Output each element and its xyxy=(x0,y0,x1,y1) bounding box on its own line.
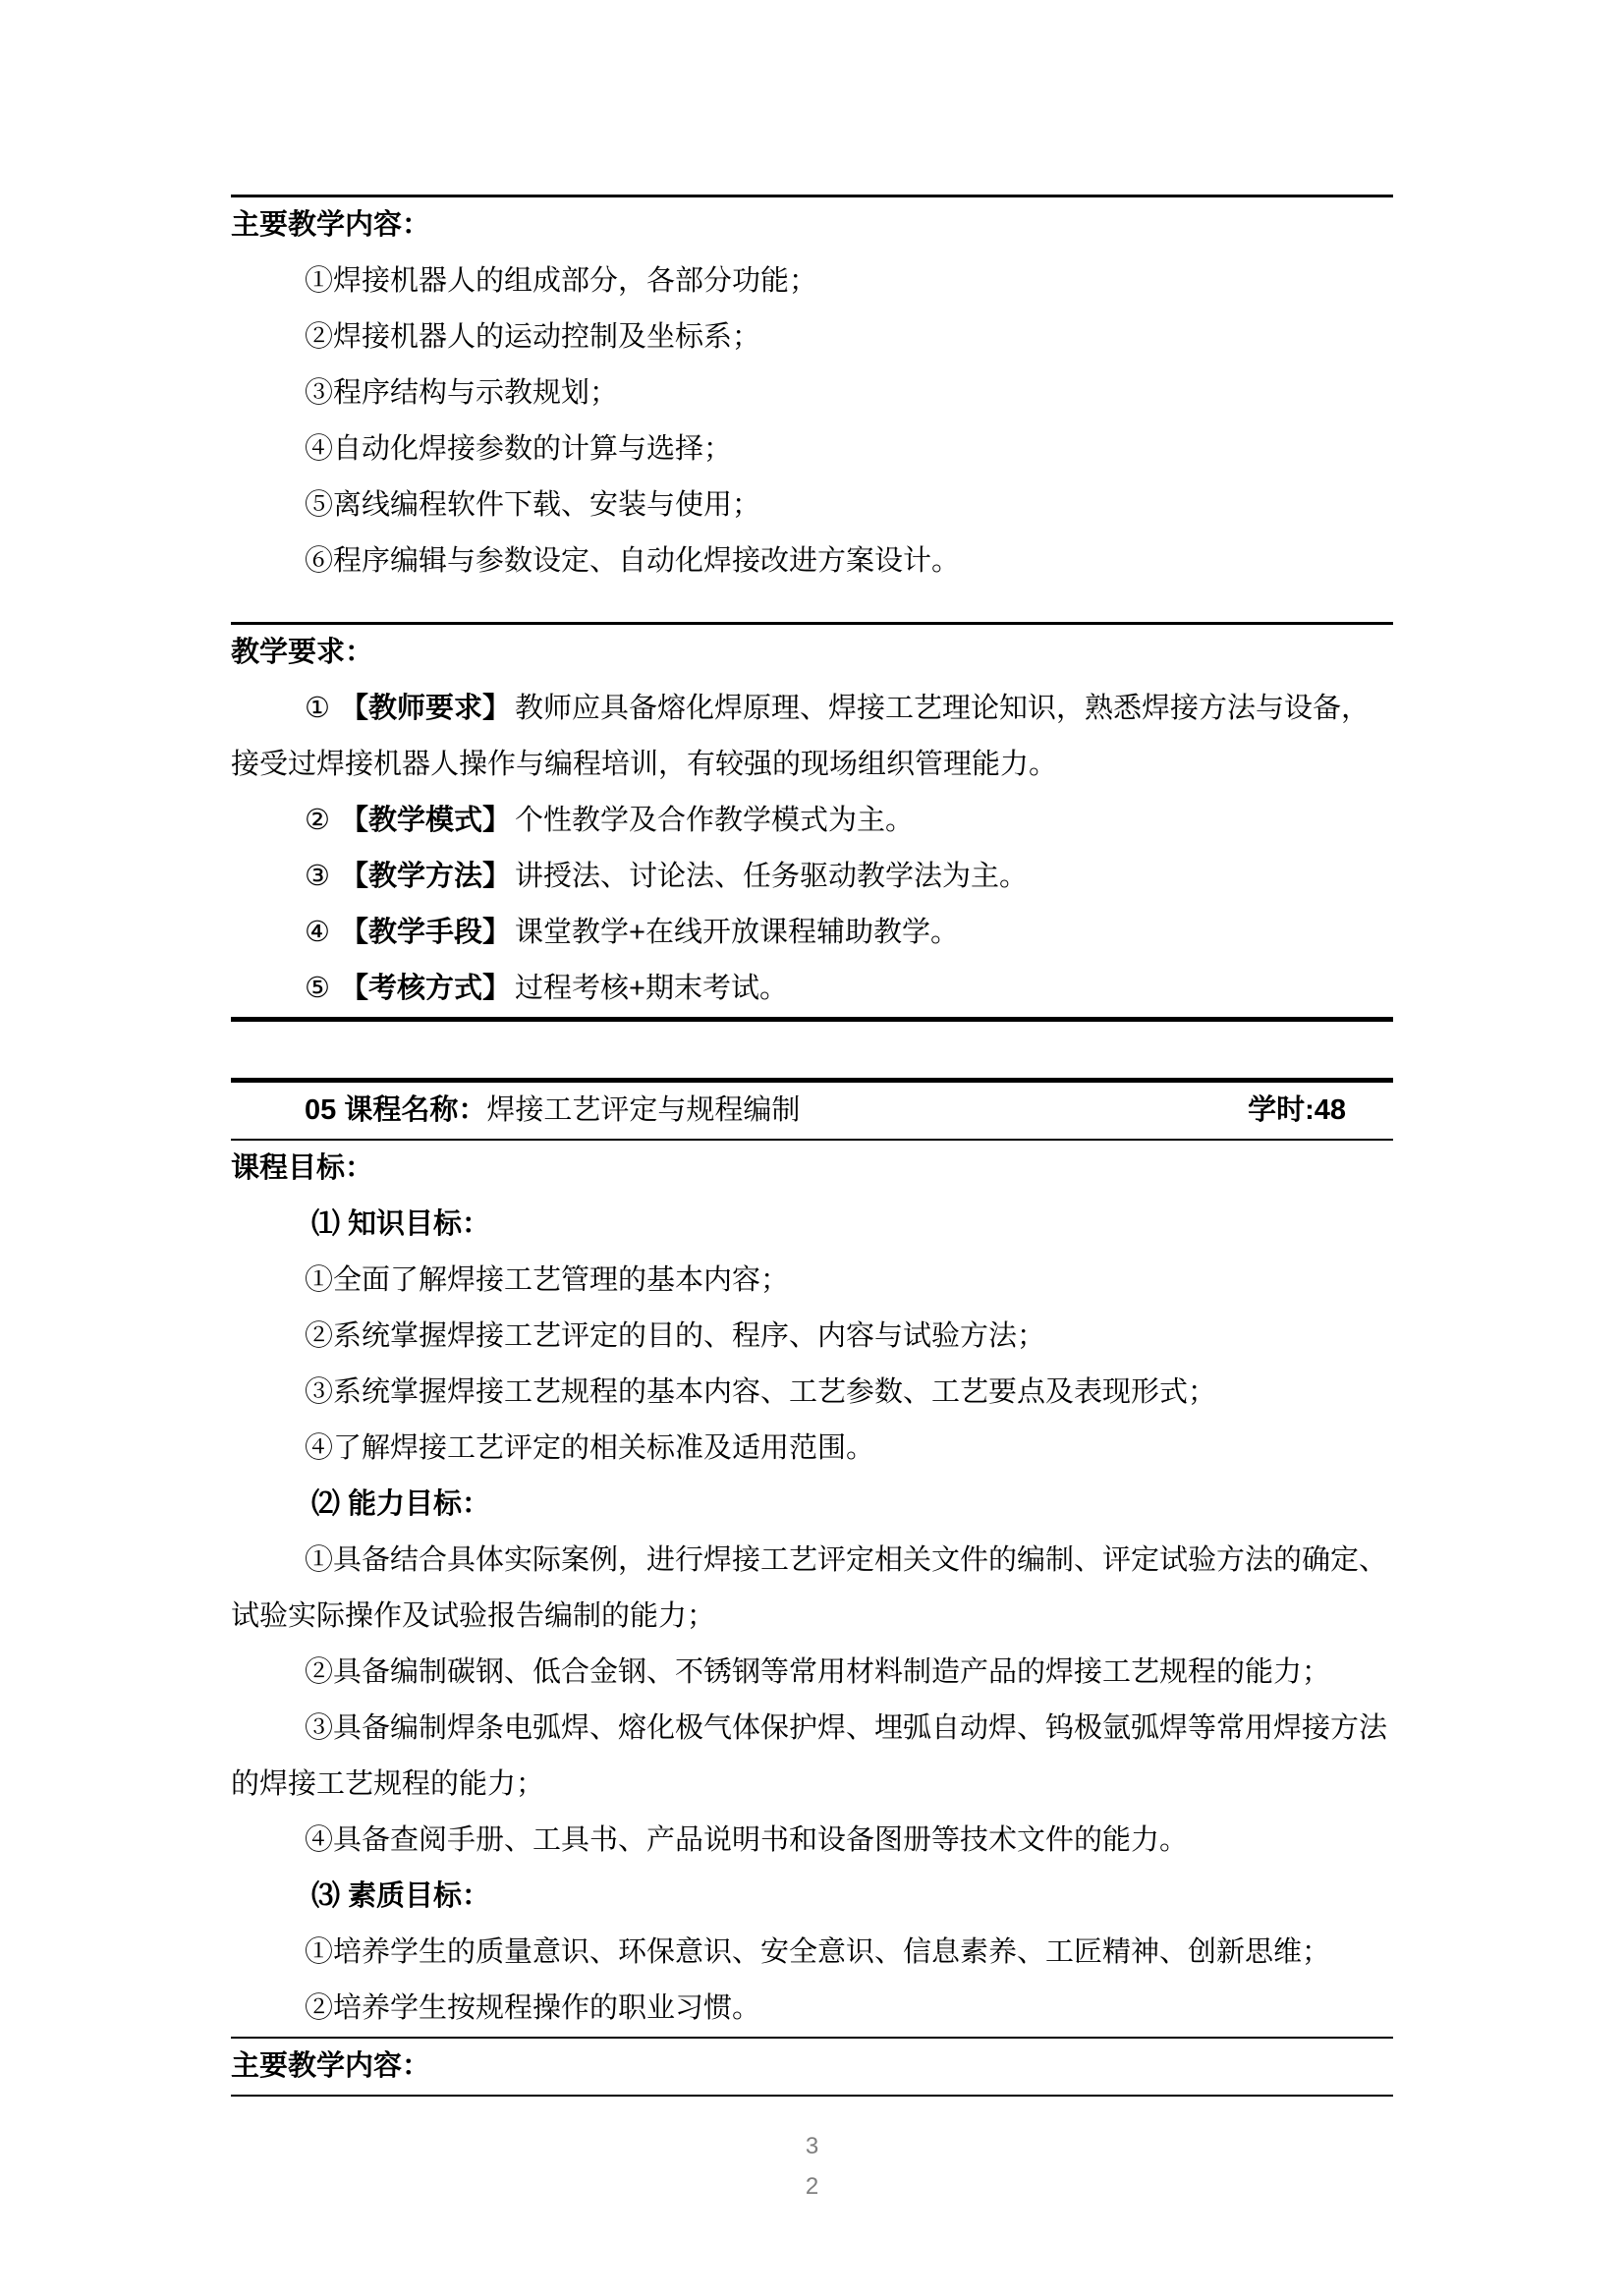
section-teaching-content-prev: 主要教学内容： ①焊接机器人的组成部分，各部分功能； ②焊接机器人的运动控制及坐… xyxy=(231,195,1393,622)
course-title-row: 05 课程名称：焊接工艺评定与规程编制 学时:48 xyxy=(231,1083,1393,1141)
course-name: 焊接工艺评定与规程编制 xyxy=(486,1094,800,1126)
objective-item: ②系统掌握焊接工艺评定的目的、程序、内容与试验方法； xyxy=(231,1309,1393,1365)
objective-item: ②培养学生按规程操作的职业习惯。 xyxy=(231,1981,1393,2037)
section-teaching-content-next: 主要教学内容： xyxy=(231,2037,1393,2097)
content-item: ⑤离线编程软件下载、安装与使用； xyxy=(231,477,1393,533)
item-label: 【教学模式】 xyxy=(340,805,511,836)
objective-item: ③具备编制焊条电弧焊、熔化极气体保护焊、埋弧自动焊、钨极氩弧焊等常用焊接方法的焊… xyxy=(231,1701,1393,1813)
page-number: 3 xyxy=(231,2126,1393,2166)
objective-group-title: ⑴ 知识目标： xyxy=(231,1197,1393,1253)
item-number: ④ xyxy=(305,917,330,948)
document-page: 主要教学内容： ①焊接机器人的组成部分，各部分功能； ②焊接机器人的运动控制及坐… xyxy=(0,0,1624,2296)
item-label: 【考核方式】 xyxy=(340,973,511,1004)
item-text: 过程考核+期末考试。 xyxy=(515,973,788,1004)
objective-item: ①培养学生的质量意识、环保意识、安全意识、信息素养、工匠精神、创新思维； xyxy=(231,1925,1393,1981)
content-item: ②焊接机器人的运动控制及坐标系； xyxy=(231,309,1393,365)
item-number: ③ xyxy=(305,861,330,892)
page-number: 2 xyxy=(231,2166,1393,2207)
page-footer: 3 2 xyxy=(231,2126,1393,2207)
block-gap xyxy=(231,1022,1393,1078)
section-course-objectives: 课程目标： ⑴ 知识目标： ①全面了解焊接工艺管理的基本内容； ②系统掌握焊接工… xyxy=(231,1141,1393,2037)
objective-item: ①具备结合具体实际案例，进行焊接工艺评定相关文件的编制、评定试验方法的确定、试验… xyxy=(231,1533,1393,1645)
objective-item: ①全面了解焊接工艺管理的基本内容； xyxy=(231,1253,1393,1309)
content-item: ③程序结构与示教规划； xyxy=(231,365,1393,421)
document-content: 主要教学内容： ①焊接机器人的组成部分，各部分功能； ②焊接机器人的运动控制及坐… xyxy=(231,0,1393,2207)
item-label: 【教师要求】 xyxy=(340,693,511,724)
section-teaching-requirements: 教学要求： ①【教师要求】教师应具备熔化焊原理、焊接工艺理论知识，熟悉焊接方法与… xyxy=(231,622,1393,1017)
objective-item: ③系统掌握焊接工艺规程的基本内容、工艺参数、工艺要点及表现形式； xyxy=(231,1365,1393,1421)
section-header: 课程目标： xyxy=(231,1141,1393,1197)
objective-item: ④具备查阅手册、工具书、产品说明书和设备图册等技术文件的能力。 xyxy=(231,1813,1393,1869)
item-text: 课堂教学+在线开放课程辅助教学。 xyxy=(515,917,959,948)
item-text: 个性教学及合作教学模式为主。 xyxy=(515,805,914,836)
item-number: ① xyxy=(305,693,330,724)
content-item: ④自动化焊接参数的计算与选择； xyxy=(231,421,1393,477)
requirement-item: ②【教学模式】个性教学及合作教学模式为主。 xyxy=(231,793,1393,849)
item-label: 【教学方法】 xyxy=(340,861,511,892)
requirement-item: ④【教学手段】课堂教学+在线开放课程辅助教学。 xyxy=(231,905,1393,961)
section-header: 主要教学内容： xyxy=(231,197,1393,253)
course-code-label: 05 课程名称： xyxy=(305,1094,486,1126)
course-hours: 学时:48 xyxy=(1248,1083,1346,1139)
objective-group-title: ⑶ 素质目标： xyxy=(231,1869,1393,1925)
requirement-item: ③【教学方法】讲授法、讨论法、任务驱动教学法为主。 xyxy=(231,849,1393,905)
objective-group-title: ⑵ 能力目标： xyxy=(231,1477,1393,1533)
item-text: 讲授法、讨论法、任务驱动教学法为主。 xyxy=(515,861,1028,892)
content-item: ⑥程序编辑与参数设定、自动化焊接改进方案设计。 xyxy=(231,533,1393,589)
section-header: 教学要求： xyxy=(231,625,1393,681)
objective-item: ②具备编制碳钢、低合金钢、不锈钢等常用材料制造产品的焊接工艺规程的能力； xyxy=(231,1645,1393,1701)
requirement-item: ①【教师要求】教师应具备熔化焊原理、焊接工艺理论知识，熟悉焊接方法与设备，接受过… xyxy=(231,681,1393,793)
requirement-item: ⑤【考核方式】过程考核+期末考试。 xyxy=(231,961,1393,1017)
item-label: 【教学手段】 xyxy=(340,917,511,948)
objective-item: ④了解焊接工艺评定的相关标准及适用范围。 xyxy=(231,1421,1393,1477)
section-header: 主要教学内容： xyxy=(231,2039,1393,2095)
course-title: 05 课程名称：焊接工艺评定与规程编制 xyxy=(231,1083,800,1139)
item-number: ② xyxy=(305,805,330,836)
content-item: ①焊接机器人的组成部分，各部分功能； xyxy=(231,253,1393,309)
item-number: ⑤ xyxy=(305,973,330,1004)
